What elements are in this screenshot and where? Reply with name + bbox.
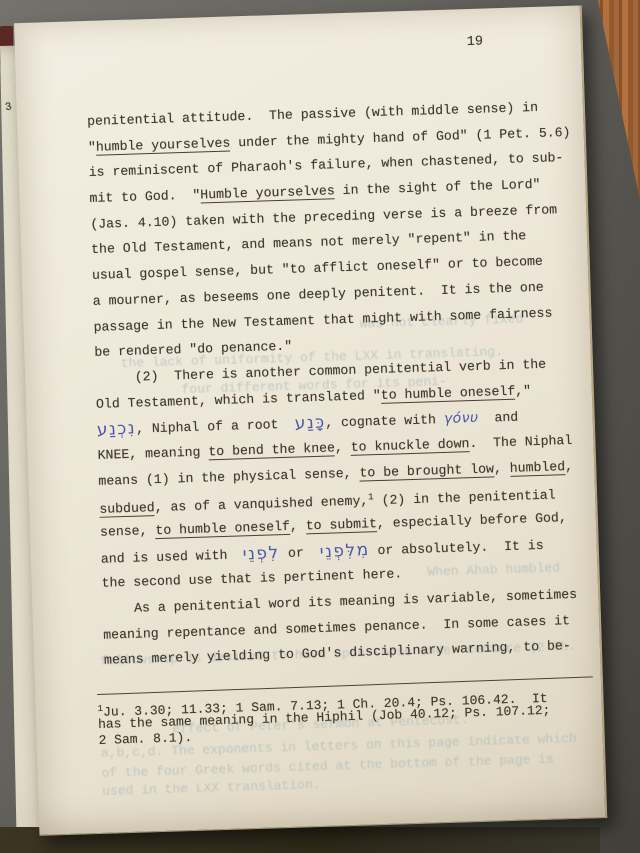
typed-text: , xyxy=(494,461,510,476)
bleedthrough-text: used in the LXX translation. xyxy=(102,777,321,799)
handwritten-hebrew: מִלִּפְנֵי xyxy=(319,538,370,566)
typed-text: in the sight of the Lord" xyxy=(335,177,541,198)
typed-text: to humble oneself xyxy=(381,383,516,403)
typed-text: the second use that is pertinent here. xyxy=(101,567,402,591)
typed-text: to humble oneself xyxy=(155,519,290,539)
typed-text: humbled xyxy=(510,459,566,477)
typed-text: and is used with xyxy=(101,547,244,566)
photograph-of-typescript-page: 3 19 was not clearly fixedthe lack of un… xyxy=(0,0,640,853)
typed-text: to submit xyxy=(305,516,377,534)
bleedthrough-text: of the four Greek words cited at the bot… xyxy=(101,752,554,781)
typed-text: Humble yourselves xyxy=(200,183,335,203)
typed-text: humble yourselves xyxy=(96,135,231,155)
footnote-text: 1Ju. 3.30; 11.33; 1 Sam. 7.13; 1 Ch. 20.… xyxy=(97,685,598,749)
typed-text: Old Testament, which is translated " xyxy=(96,387,381,411)
typed-text: , Niphal of a root xyxy=(136,417,295,437)
typed-text: be rendered "do penance." xyxy=(94,339,292,360)
typed-text: to be brought low xyxy=(359,461,494,481)
handwritten-hebrew: כָּנַע xyxy=(294,411,326,438)
typed-text: to knuckle down xyxy=(351,436,470,456)
handwritten-greek: γόνυ xyxy=(444,410,479,427)
handwritten-hebrew: נִכְנַע xyxy=(96,417,136,445)
typed-text: or xyxy=(280,545,320,561)
typed-text: . The Niphal xyxy=(469,433,572,451)
page-number: 19 xyxy=(467,35,484,51)
typed-text: sense, xyxy=(100,523,156,540)
typed-text: means (1) in the physical sense, xyxy=(98,465,359,488)
handwritten-hebrew: לִפְנֵי xyxy=(243,541,281,568)
typescript-page: 19 was not clearly fixedthe lack of unif… xyxy=(14,5,607,835)
typed-text: , especially before God, xyxy=(377,510,567,531)
edge-page-number: 3 xyxy=(4,101,13,114)
typed-text: or absolutely. It is xyxy=(369,538,543,558)
typed-text: , cognate with xyxy=(325,412,444,431)
typed-text: , xyxy=(290,518,306,533)
typed-text: 2 Sam. 8.1). xyxy=(98,730,192,748)
typed-text: ," xyxy=(515,383,531,398)
typed-text: KNEE, meaning xyxy=(97,444,208,462)
typed-text: , xyxy=(565,459,573,474)
typed-text: , xyxy=(335,440,351,455)
body-text: penitential attitude. The passive (with … xyxy=(87,94,591,674)
typed-text: and xyxy=(478,410,518,426)
typed-text: to bend the knee xyxy=(208,440,335,460)
typed-text: mit to God. " xyxy=(89,188,200,206)
typed-text: subdued xyxy=(99,500,155,518)
